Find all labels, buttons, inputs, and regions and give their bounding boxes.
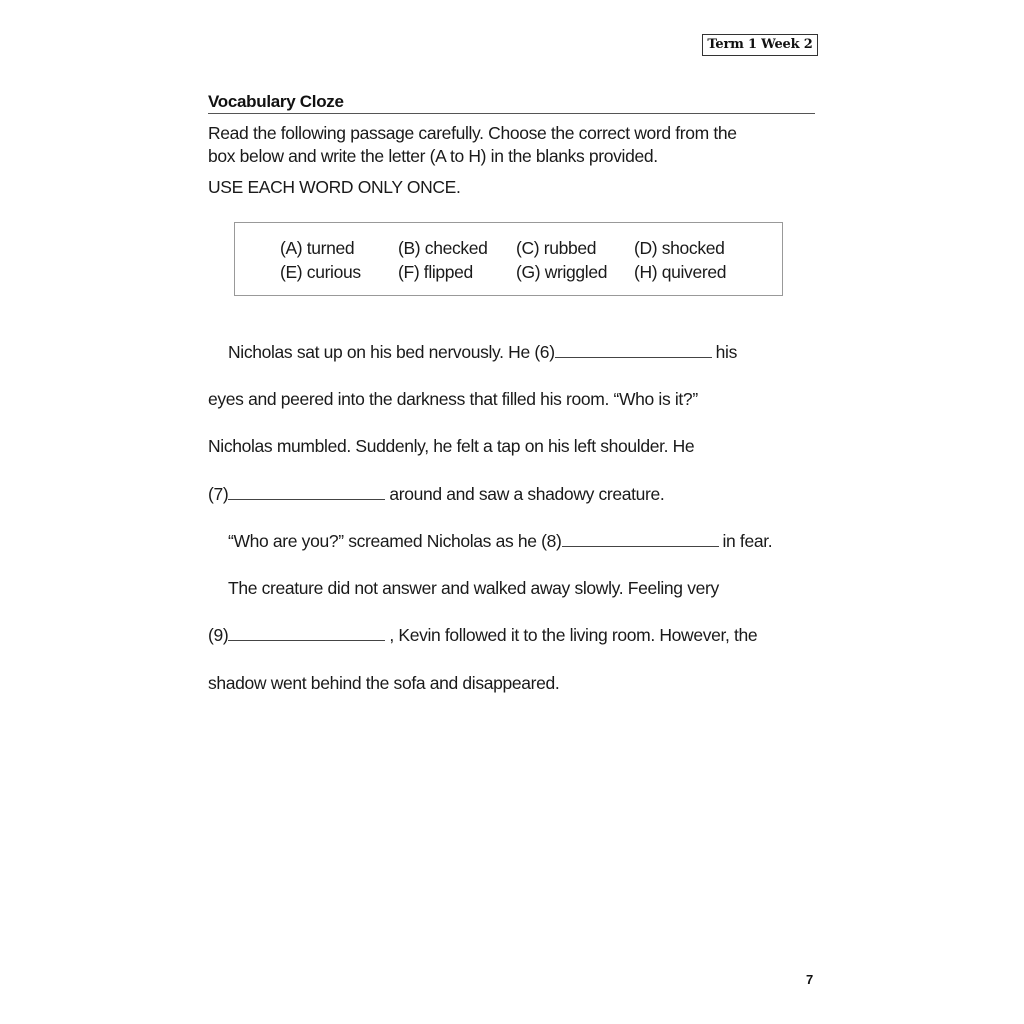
passage-text: his (716, 342, 737, 362)
passage-text: , Kevin followed it to the living room. … (389, 625, 757, 645)
passage-line-7: (9), Kevin followed it to the living roo… (208, 623, 757, 647)
passage-line-3: Nicholas mumbled. Suddenly, he felt a ta… (208, 434, 694, 458)
blank-6[interactable] (555, 356, 712, 358)
word-bank-grid: (A) turned (B) checked (C) rubbed (D) sh… (280, 236, 752, 284)
word-option-c: (C) rubbed (516, 236, 634, 260)
passage-line-8: shadow went behind the sofa and disappea… (208, 671, 559, 695)
passage-text: (7) (208, 484, 228, 504)
passage-text: in fear. (723, 531, 773, 551)
word-option-b: (B) checked (398, 236, 516, 260)
blank-7[interactable] (228, 498, 385, 500)
word-option-f: (F) flipped (398, 260, 516, 284)
instructions-line-1: Read the following passage carefully. Ch… (208, 122, 828, 145)
passage-line-1: Nicholas sat up on his bed nervously. He… (208, 340, 737, 364)
passage-text: around and saw a shadowy creature. (389, 484, 664, 504)
passage-text: The creature did not answer and walked a… (228, 578, 719, 598)
passage-line-5: “Who are you?” screamed Nicholas as he (… (208, 529, 772, 553)
passage-text: shadow went behind the sofa and disappea… (208, 673, 559, 693)
word-option-g: (G) wriggled (516, 260, 634, 284)
blank-9[interactable] (228, 639, 385, 641)
passage-text: eyes and peered into the darkness that f… (208, 389, 698, 409)
page-number: 7 (806, 972, 813, 987)
section-title: Vocabulary Cloze (208, 92, 815, 114)
word-option-d: (D) shocked (634, 236, 752, 260)
word-option-a: (A) turned (280, 236, 398, 260)
passage-text: Nicholas sat up on his bed nervously. He… (228, 342, 555, 362)
passage-line-4: (7)around and saw a shadowy creature. (208, 482, 664, 506)
blank-8[interactable] (562, 545, 719, 547)
passage-text: Nicholas mumbled. Suddenly, he felt a ta… (208, 436, 694, 456)
passage-text: “Who are you?” screamed Nicholas as he (… (228, 531, 562, 551)
term-week-badge: Term 1 Week 2 (702, 34, 818, 56)
passage-line-6: The creature did not answer and walked a… (208, 576, 719, 600)
instructions-note: USE EACH WORD ONLY ONCE. (208, 176, 828, 199)
word-bank-box: (A) turned (B) checked (C) rubbed (D) sh… (234, 222, 783, 296)
word-option-e: (E) curious (280, 260, 398, 284)
instructions-line-2: box below and write the letter (A to H) … (208, 145, 828, 168)
passage-line-2: eyes and peered into the darkness that f… (208, 387, 698, 411)
word-option-h: (H) quivered (634, 260, 752, 284)
passage-text: (9) (208, 625, 228, 645)
section-title-text: Vocabulary Cloze (208, 92, 344, 111)
instructions: Read the following passage carefully. Ch… (208, 122, 828, 199)
